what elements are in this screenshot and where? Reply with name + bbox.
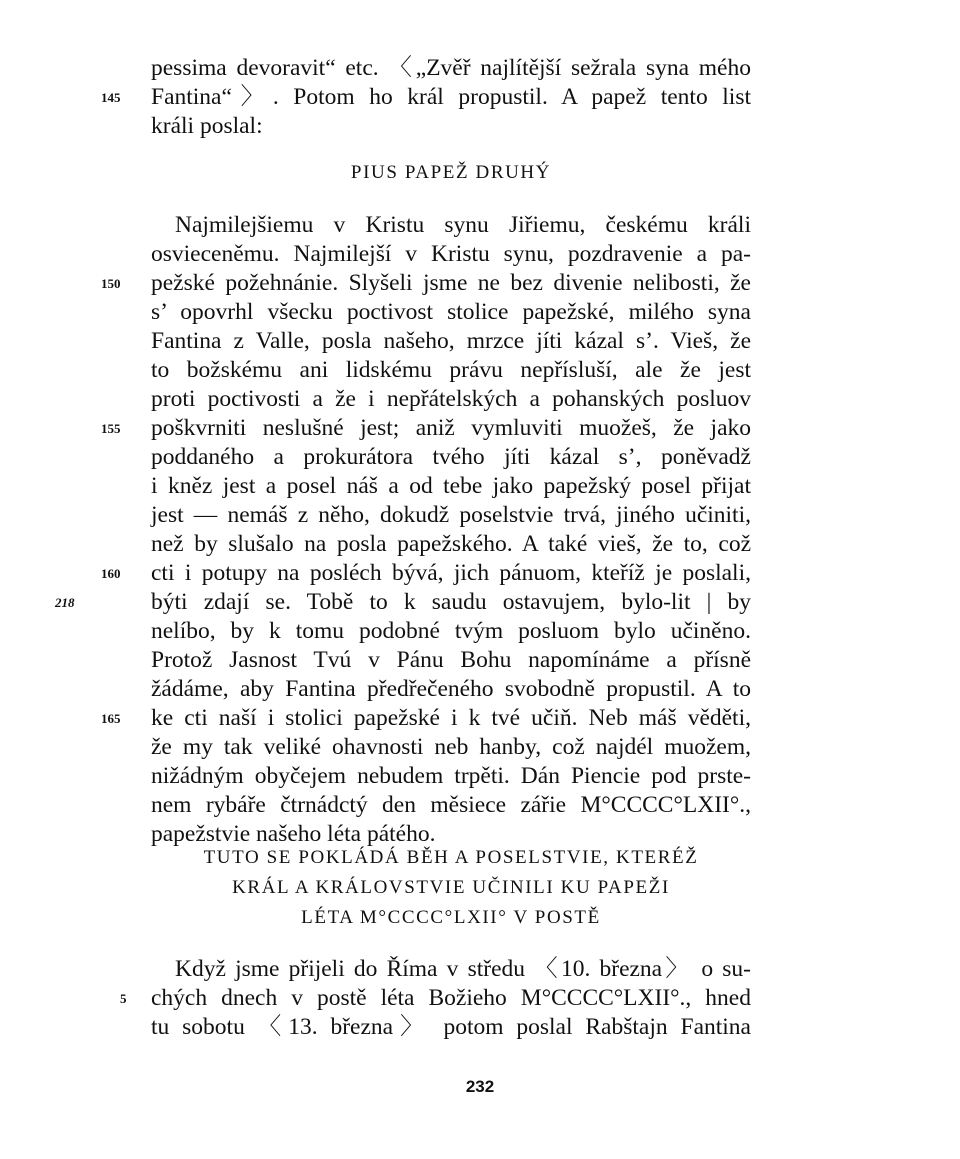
section-heading-line: KRÁL A KRÁLOVSTVIE UČINILI KU PAPEŽI bbox=[151, 873, 751, 903]
line-number: 165 bbox=[101, 704, 141, 733]
text-line: to božskému ani lidskému právu nepřísluš… bbox=[151, 356, 751, 385]
text-line: že my tak veliké ohavnosti neb hanby, co… bbox=[151, 733, 751, 762]
text-line: jest — nemáš z něho, dokudž poselstvie t… bbox=[151, 501, 751, 530]
text-line: býti zdají se. Tobě to k saudu ostavujem… bbox=[151, 588, 751, 617]
document-page: pessima devoravit“ etc. 〈„Zvěř najlítějš… bbox=[0, 0, 960, 1159]
text-line: s’ opovrhl všecku poctivost stolice pape… bbox=[151, 298, 751, 327]
line-number: 145 bbox=[101, 83, 141, 112]
letter-heading: PIUS PAPEŽ DRUHÝ bbox=[151, 158, 751, 188]
line-number: 160 bbox=[101, 559, 141, 588]
text-line: i kněz jest a posel náš a od tebe jako p… bbox=[151, 472, 751, 501]
text-line: nižádným obyčejem nebudem trpěti. Dán Pi… bbox=[151, 762, 751, 791]
text-line: nem rybáře čtrnádctý den měsiece zářie M… bbox=[151, 791, 751, 820]
text-line: tu sobotu 〈13. března〉 potom poslal Rabš… bbox=[151, 1013, 751, 1042]
line-number: 155 bbox=[101, 414, 141, 443]
text-line: Protož Jasnost Tvú v Pánu Bohu napomínám… bbox=[151, 646, 751, 675]
text-line: Fantina z Valle, posla našeho, mrzce jít… bbox=[151, 327, 751, 356]
text-line: nelíbo, by k tomu podobné tvým posluom b… bbox=[151, 617, 751, 646]
page-number: 232 bbox=[0, 1077, 960, 1097]
text-line: králi poslal: bbox=[151, 112, 751, 141]
text-line: poddaného a prokurátora tvého jíti kázal… bbox=[151, 443, 751, 472]
text-line: Fantina“〉. Potom ho král propustil. A pa… bbox=[151, 83, 751, 112]
text-line: proti poctivosti a že i nepřátelských a … bbox=[151, 385, 751, 414]
text-line: pežské požehnánie. Slyšeli jsme ne bez d… bbox=[151, 269, 751, 298]
text-line: pessima devoravit“ etc. 〈„Zvěř najlítějš… bbox=[151, 54, 751, 83]
section-heading-line: LÉTA M°CCCC°LXII° V POSTĚ bbox=[151, 903, 751, 933]
text-line: poškvrniti neslušné jest; aniž vymluviti… bbox=[151, 414, 751, 443]
text-line: osvieceněmu. Najmilejší v Kristu synu, p… bbox=[151, 240, 751, 269]
line-number: 150 bbox=[101, 269, 141, 298]
section-heading-line: TUTO SE POKLÁDÁ BĚH A POSELSTVIE, KTERÉŽ bbox=[151, 843, 751, 873]
margin-page-reference: 218 bbox=[55, 588, 75, 617]
text-line: Najmilejšiemu v Kristu synu Jiřiemu, čes… bbox=[151, 211, 751, 240]
text-line: Když jsme přijeli do Říma v středu 〈10. … bbox=[151, 955, 751, 984]
text-line: cti i potupy na posléch bývá, jich pánuo… bbox=[151, 559, 751, 588]
text-line: žádáme, aby Fantina předřečeného svobodn… bbox=[151, 675, 751, 704]
text-line: ke cti naší i stolici papežské i k tvé u… bbox=[151, 704, 751, 733]
text-line: než by slušalo na posla papežského. A ta… bbox=[151, 530, 751, 559]
text-line: chých dnech v postě léta Božieho M°CCCC°… bbox=[151, 984, 751, 1013]
